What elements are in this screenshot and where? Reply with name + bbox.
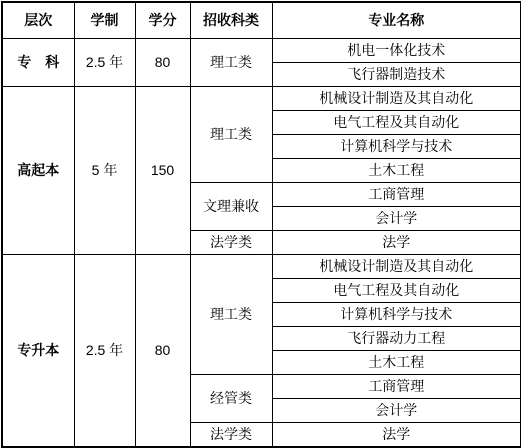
credits-cell: 80 [135,39,190,87]
major-cell: 机电一体化技术 [272,39,521,63]
major-cell: 电气工程及其自动化 [272,111,521,135]
category-cell: 理工类 [190,255,272,375]
major-cell: 法学 [272,231,521,255]
major-cell: 机械设计制造及其自动化 [272,87,521,111]
major-cell: 会计学 [272,207,521,231]
table-row: 专 科 2.5 年 80 理工类 机电一体化技术 [2,39,521,63]
major-cell: 飞行器动力工程 [272,327,521,351]
major-cell: 会计学 [272,399,521,423]
header-level: 层次 [2,2,74,39]
header-major: 专业名称 [272,2,521,39]
major-cell: 计算机科学与技术 [272,135,521,159]
level-cell: 专升本 [2,255,74,447]
major-cell: 机械设计制造及其自动化 [272,255,521,279]
major-cell: 计算机科学与技术 [272,303,521,327]
major-cell: 土木工程 [272,351,521,375]
category-cell: 理工类 [190,39,272,87]
duration-cell: 2.5 年 [74,255,135,447]
major-cell: 工商管理 [272,375,521,399]
category-cell: 法学类 [190,423,272,447]
major-cell: 法学 [272,423,521,447]
category-cell: 经管类 [190,375,272,423]
header-credits: 学分 [135,2,190,39]
major-cell: 工商管理 [272,183,521,207]
category-cell: 文理兼收 [190,183,272,231]
major-cell: 土木工程 [272,159,521,183]
major-cell: 飞行器制造技术 [272,63,521,87]
header-duration: 学制 [74,2,135,39]
enrollment-program-table: 层次 学制 学分 招收科类 专业名称 专 科 2.5 年 80 理工类 机电一体… [1,1,521,448]
table-row: 高起本 5 年 150 理工类 机械设计制造及其自动化 [2,87,521,111]
credits-cell: 80 [135,255,190,447]
duration-cell: 2.5 年 [74,39,135,87]
credits-cell: 150 [135,87,190,255]
category-cell: 法学类 [190,231,272,255]
category-cell: 理工类 [190,87,272,183]
table-row: 专升本 2.5 年 80 理工类 机械设计制造及其自动化 [2,255,521,279]
header-row: 层次 学制 学分 招收科类 专业名称 [2,2,521,39]
header-category: 招收科类 [190,2,272,39]
level-cell: 高起本 [2,87,74,255]
level-cell: 专 科 [2,39,74,87]
duration-cell: 5 年 [74,87,135,255]
major-cell: 电气工程及其自动化 [272,279,521,303]
